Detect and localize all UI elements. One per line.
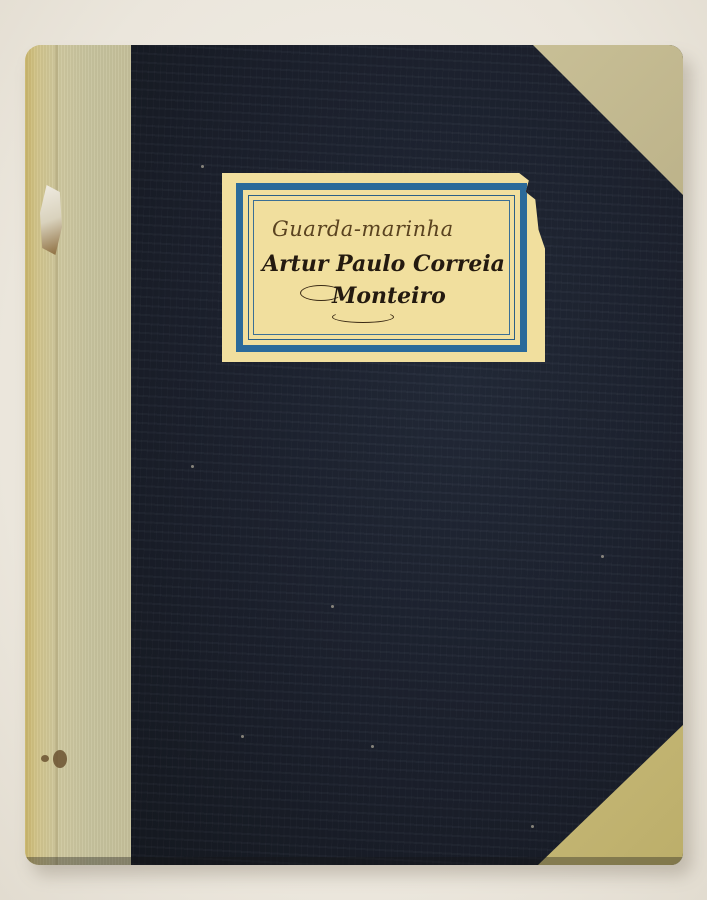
label-surname-text: Monteiro	[332, 283, 446, 309]
stain	[53, 750, 67, 768]
label-rank-text: Guarda-marinha	[272, 217, 454, 241]
bottom-edge	[25, 857, 683, 865]
paper-label: Guarda-marinha Artur Paulo Correia Monte…	[222, 173, 545, 362]
label-name-text: Artur Paulo Correia	[262, 251, 505, 277]
flourish	[332, 311, 394, 323]
book-cover	[131, 45, 683, 865]
stain	[41, 755, 49, 762]
book	[25, 45, 683, 865]
cloth-spine	[25, 45, 133, 865]
spine-fold	[55, 45, 58, 865]
spine-tear	[40, 185, 62, 255]
